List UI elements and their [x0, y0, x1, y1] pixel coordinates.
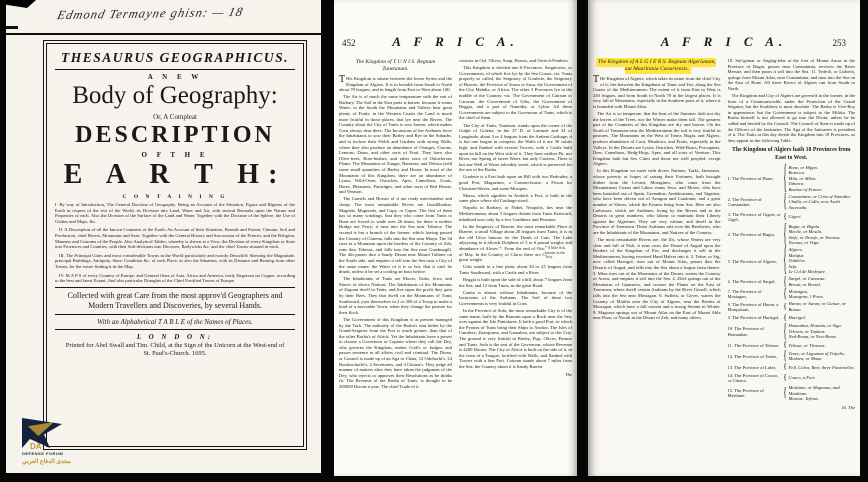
- paragraph: Cauba is almost without Inhabitants, bec…: [459, 290, 572, 307]
- body-of-geography-title: Body of Geography:: [55, 82, 295, 110]
- book-scan: Edmond Termayne ghisn: — 18 THESAURUS GE…: [0, 0, 868, 482]
- brace-glyph: {: [782, 386, 789, 400]
- paragraph: III. The Principal Cities and most consi…: [55, 253, 295, 270]
- province-towns: Bone, or Hippo.Bosecca.Mila, or Mileu.Ta…: [789, 165, 856, 193]
- paragraph: II. A Description of all the known Count…: [55, 227, 295, 249]
- of-the-line: O F T H E: [55, 151, 295, 159]
- or-a-compleat-line: Or, A Compleat: [55, 113, 295, 121]
- imprint-line: Printed for Abel Swall and Tim. Child, a…: [63, 342, 287, 359]
- logo-initials: DA: [30, 442, 42, 451]
- province-label: 3. The Province of Gigeri, or Gigel,: [728, 212, 782, 223]
- province-row: 3. The Province of Gigeri, or Gigel,{Gig…: [728, 212, 856, 223]
- province-towns: Bugia, or Bigaia.Mecile, or Mesila.Stefe…: [789, 224, 856, 246]
- page-452: 452 A F R I C A. The Kingdom of T U N I …: [334, 0, 577, 476]
- column-right: 10. Suf-gemar or Anglag-feba at the foot…: [728, 58, 856, 472]
- column-right: consists in Oyl, Olives, Soap, Horses, a…: [459, 58, 572, 472]
- province-row: 12. The Province of Tenez,{Tenez, or Lag…: [728, 351, 856, 362]
- collected-line: Collected with great Care from the most …: [61, 291, 289, 311]
- column-left: The Kingdom of T U N I S. Regnum Tunetan…: [339, 58, 452, 472]
- brace-glyph: {: [782, 192, 789, 212]
- province-row: 15. The Province of Mesliane,{Mesliane, …: [728, 385, 856, 402]
- paragraph: THis Kingdom is situate between the less…: [339, 76, 452, 93]
- brace-glyph: {: [782, 374, 789, 382]
- province-towns: Constantine, or Cirta of Numidia.Chulla,…: [789, 194, 856, 211]
- a-new-line: A N E W: [55, 73, 295, 81]
- logo-forum-text: DEFENSE FORUM: [22, 451, 92, 456]
- brace-glyph: {: [782, 363, 789, 371]
- province-label: 10. The Province of Homanbar,: [728, 326, 782, 337]
- paragraph: consists in Oyl, Olives, Soap, Horses, a…: [459, 58, 572, 64]
- paragraph: Goulette is a Fort built upon an Hill wi…: [459, 174, 572, 191]
- province-towns: Mostagan,Mazagran, } Ports.: [789, 289, 856, 300]
- paragraph: 10. Suf-gemar or Anglag-feba at the foot…: [728, 58, 856, 92]
- paragraph: The Air is so temperate, that the heat o…: [593, 111, 721, 167]
- watermark-logo: DA DEFENSE FORUM منتدى الدفاع العربي: [22, 418, 92, 470]
- province-towns: Tenez, or Lagunum of Tripolis.Mednea, or…: [789, 351, 856, 362]
- title-page: Edmond Termayne ghisn: — 18 THESAURUS GE…: [6, 0, 321, 473]
- column-left: The Kingdom of A L G I E R S. Regnum Alg…: [593, 58, 721, 472]
- description-line: DESCRIPTION: [55, 122, 295, 149]
- province-row: 7. The Province of Mostagan,{Mostagan,Ma…: [728, 289, 856, 300]
- province-label: 5. The Province of Algiers,: [728, 259, 782, 264]
- marginal-note: * A little fish, known as the Troy.: [545, 246, 572, 260]
- province-towns: Couco, a Fort.: [789, 375, 856, 381]
- logo-arabic-text: منتدى الدفاع العربي: [22, 458, 92, 465]
- province-towns: Fell, Colea, Bert, three Fontenelles.: [789, 365, 856, 371]
- paragraph: Beggia is built upon the side of a hill,…: [459, 277, 572, 288]
- paragraph: The Government of this Kingdom is at pre…: [339, 317, 452, 390]
- province-towns: Gigeri.: [789, 214, 856, 220]
- paragraph: The Camels and Horses of it are ready me…: [339, 196, 452, 274]
- tunis-text-continued: consists in Oyl, Olives, Soap, Horses, a…: [459, 58, 572, 369]
- province-row: 9. The Province of Harrigol,{Harrigol.: [728, 314, 856, 322]
- corner-mark: [6, 0, 36, 8]
- province-label: 4. The Province of Bugia,: [728, 232, 782, 237]
- falcon-logo-icon: [22, 418, 62, 448]
- province-towns: Sargel, or Canneau.Bresar, or Bersal.: [789, 276, 856, 287]
- paragraph: The Air is of much the same temperature …: [339, 94, 452, 195]
- province-label: 11. The Province of Telesse,: [728, 343, 782, 348]
- corner-dash: [6, 26, 18, 29]
- tunis-heading: The Kingdom of T U N I S. Regnum Tunetan…: [343, 59, 448, 73]
- owner-inscription: Edmond Termayne ghisn: — 18: [56, 4, 300, 23]
- paragraph: THe Kingdom of Algiers, which takes its …: [593, 76, 721, 110]
- province-row: 6. The Province of Sargel,{Sargel, or Ca…: [728, 276, 856, 287]
- province-label: 8. The Province of Haran, a Marquisate,: [728, 302, 782, 313]
- province-label: 9. The Province of Harrigol,: [728, 315, 782, 320]
- brace-glyph: {: [782, 303, 789, 311]
- london-line: L O N D O N:: [55, 333, 295, 341]
- page-253: 253 A F R I C A. The Kingdom of A L G I …: [586, 0, 860, 476]
- province-row: 5. The Province of Algiers,{Algiers.Meta…: [728, 247, 856, 275]
- province-row: 14. The Province of Couco, or Cinava,{Co…: [728, 373, 856, 384]
- province-row: 4. The Province of Bugia,{Bugia, or Biga…: [728, 224, 856, 246]
- brace-glyph: {: [782, 350, 789, 364]
- province-towns: Telesse, or Tlemsen.: [789, 343, 856, 349]
- brace-glyph: {: [782, 321, 789, 341]
- province-row: 11. The Province of Telesse,{Telesse, or…: [728, 341, 856, 349]
- algiers-text: THe Kingdom of Algiers, which takes its …: [593, 76, 721, 321]
- province-towns: Algiers.Metafuz.Teddeles.Sefa.Le Col de …: [789, 247, 856, 275]
- province-label: 13. The Province of Lalez,: [728, 365, 782, 370]
- province-row: 10. The Province of Homanbar,{Homanbar, …: [728, 323, 856, 340]
- algiers-text-continued: 10. Suf-gemar or Anglag-feba at the foot…: [728, 58, 856, 143]
- province-label: 2. The Province of Constantine,: [728, 197, 782, 208]
- tunis-text: THis Kingdom is situate between the less…: [339, 76, 452, 390]
- main-title: THESAURUS GEOGRAPHICUS.: [55, 50, 295, 66]
- paragraph: In this Kingdom we meet with divers Nati…: [593, 168, 721, 235]
- rule: [55, 69, 295, 70]
- running-head: A F R I C A.: [334, 34, 577, 50]
- paragraph: The Kingdom and City of Algiers are gove…: [728, 93, 856, 143]
- province-label: 12. The Province of Tenez,: [728, 354, 782, 359]
- paragraph: In the Province of Sufa, the most remark…: [459, 308, 572, 370]
- paragraph: The most remarkable Rivers are: the Zis,…: [593, 237, 721, 321]
- rule: [55, 287, 295, 288]
- rule: [55, 314, 295, 315]
- paragraph: Napolis in Barbary, or Nabel, Neapolis, …: [459, 205, 572, 222]
- paragraph: Marsa, which signifies in Arabick a Port…: [459, 193, 572, 204]
- province-row: 8. The Province of Haran, a Marquisate,{…: [728, 301, 856, 312]
- catchword: The: [459, 372, 572, 377]
- catchword: 16. The: [728, 405, 856, 410]
- algiers-heading-highlighted: The Kingdom of A L G I E R S. Regnum Alg…: [598, 59, 716, 72]
- provinces-table: 1. The Province of Bone,{Bone, or Hippo.…: [728, 165, 856, 402]
- paragraph: The City of Tunis, Tunetum, stands upon …: [459, 123, 572, 173]
- running-head: A F R I C A.: [588, 34, 860, 50]
- province-label: 15. The Province of Mesliane,: [728, 388, 782, 399]
- province-row: 13. The Province of Lalez,{Fell, Colea, …: [728, 363, 856, 371]
- province-label: 1. The Province of Bone,: [728, 176, 782, 181]
- alphabetical-table-line: With an Alphabetical T A B L E of the Na…: [55, 318, 295, 326]
- page-edge-line: [6, 33, 321, 35]
- paragraph: Urbs stands in a fine plain, about 20 or…: [459, 264, 572, 275]
- province-label: 6. The Province of Sargel,: [728, 279, 782, 284]
- rule: [55, 329, 295, 330]
- earth-line: E A R T H:: [55, 159, 295, 191]
- province-towns: Mesliane, or Magnana, and Mauliane,Mezou…: [789, 385, 856, 402]
- province-row: 2. The Province of Constantine,{Constant…: [728, 194, 856, 211]
- province-label: 14. The Province of Couco, or Cinava,: [728, 373, 782, 384]
- province-row: 1. The Province of Bone,{Bone, or Hippo.…: [728, 165, 856, 193]
- province-towns: Homanbar, Honaim, or Siga.Telesris, or T…: [789, 323, 856, 340]
- paragraph: I. By way of Introduction, The General D…: [55, 202, 295, 224]
- province-towns: Harrigol.: [789, 315, 856, 321]
- paragraph: IV. M A P S of every Country of Europe, …: [55, 273, 295, 284]
- paragraph: The Inhabitants of Tunis are Moors, Turk…: [339, 276, 452, 315]
- paragraph: This Kingdom is divided into 8 Provinces…: [459, 65, 572, 121]
- provinces-table-heading: The Kingdom of Algiers hath 18 Provinces…: [730, 147, 854, 161]
- contents-items: I. By way of Introduction, The General D…: [55, 202, 295, 284]
- brace-glyph: {: [782, 288, 789, 302]
- title-page-frame: THESAURUS GEOGRAPHICUS. A N E W Body of …: [46, 43, 304, 447]
- province-towns: Haran, or Auran, or Guisse, or Buisse.: [789, 301, 856, 312]
- province-label: 7. The Province of Mostagan,: [728, 289, 782, 300]
- containing-line: C O N T A I N I N G: [55, 194, 295, 200]
